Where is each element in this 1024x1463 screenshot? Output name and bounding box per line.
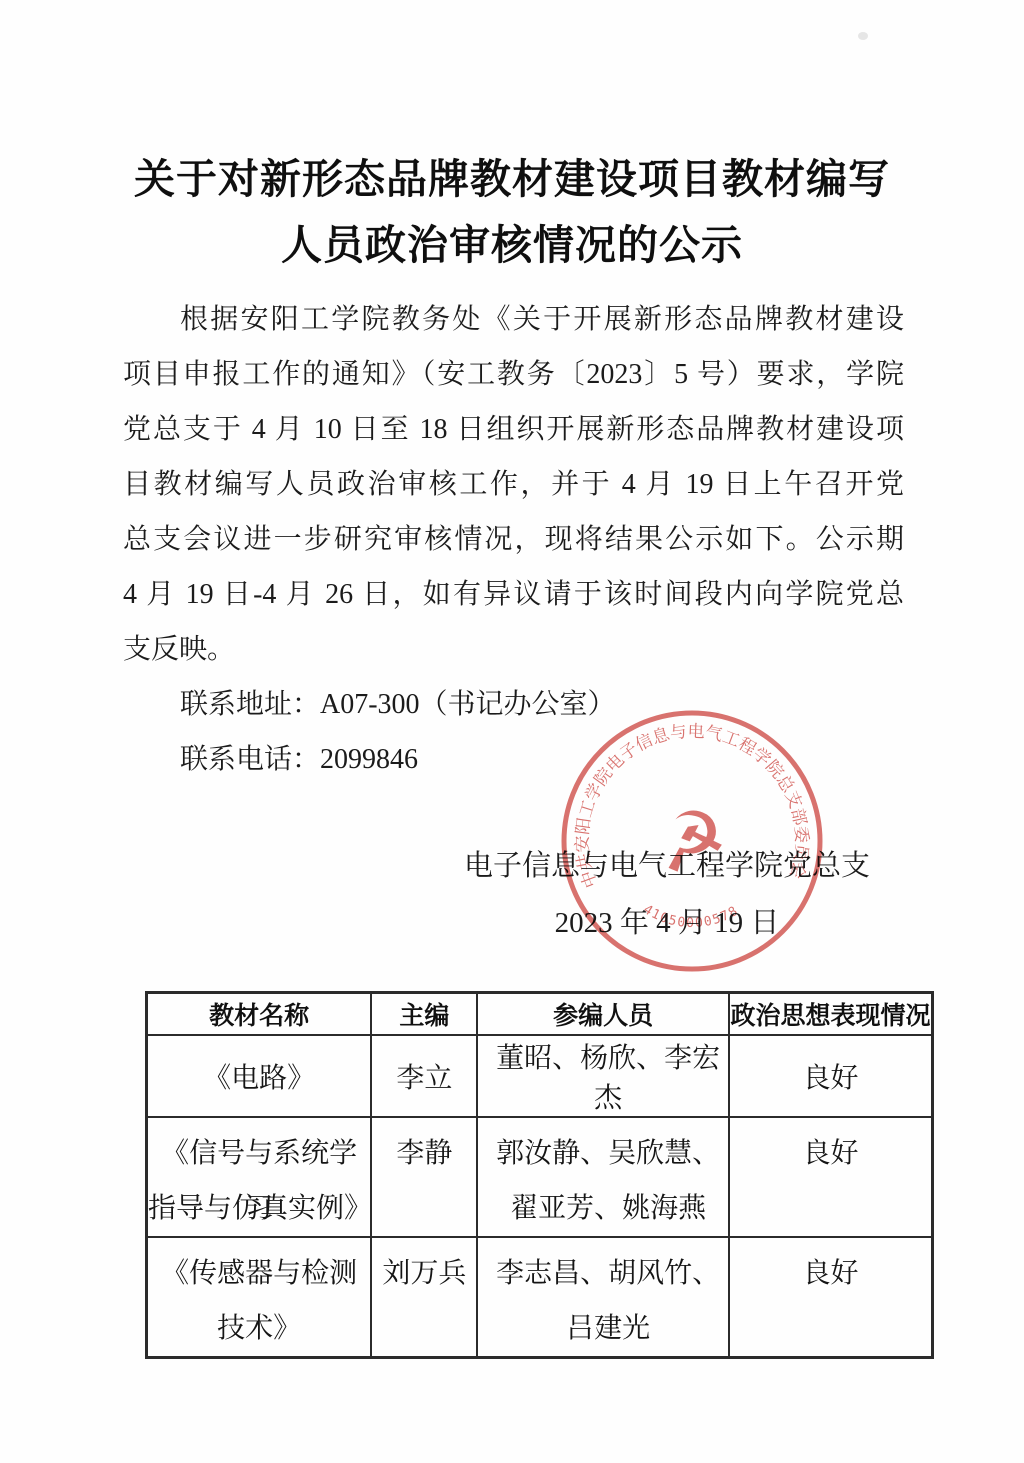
cell-status: 良好 xyxy=(729,1237,933,1358)
cell-textbook-name: 《电路》 xyxy=(147,1035,372,1117)
body-line: 4 月 19 日-4 月 26 日，如有异议请于该时间段内向学院党总 xyxy=(123,567,904,622)
document-page: 关于对新形态品牌教材建设项目教材编写 人员政治审核情况的公示 根据安阳工学院教务… xyxy=(0,0,1024,1463)
contact-address: 联系地址：A07-300（书记办公室） xyxy=(123,677,904,732)
cell-textbook-name: 《信号与系统学习 指导与仿真实例》 xyxy=(147,1117,372,1237)
table-header-row: 教材名称 主编 参编人员 政治思想表现情况 xyxy=(147,993,933,1035)
cell-co-editors: 李志昌、胡风竹、 吕建光 xyxy=(477,1237,729,1358)
cell-co-editors: 董昭、杨欣、李宏杰 xyxy=(477,1035,729,1117)
table-row: 《传感器与检测 技术》 刘万兵 李志昌、胡风竹、 吕建光 良好 xyxy=(147,1237,933,1358)
document-body: 根据安阳工学院教务处《关于开展新形态品牌教材建设 项目申报工作的通知》（安工教务… xyxy=(123,292,904,787)
body-line: 支反映。 xyxy=(123,622,904,677)
header-political-status: 政治思想表现情况 xyxy=(729,993,933,1035)
cell-status: 良好 xyxy=(729,1117,933,1237)
signature-org: 电子信息与电气工程学院党总支 xyxy=(412,838,922,895)
title-line-1: 关于对新形态品牌教材建设项目教材编写 xyxy=(0,146,1024,212)
signature-block: 电子信息与电气工程学院党总支 2023 年 4 月 19 日 xyxy=(412,838,922,952)
contact-phone: 联系电话：2099846 xyxy=(123,732,904,787)
body-line: 党总支于 4 月 10 日至 18 日组织开展新形态品牌教材建设项 xyxy=(123,402,904,457)
body-line: 根据安阳工学院教务处《关于开展新形态品牌教材建设 xyxy=(123,292,904,347)
body-line: 目教材编写人员政治审核工作，并于 4 月 19 日上午召开党 xyxy=(123,457,904,512)
table-row: 《电路》 李立 董昭、杨欣、李宏杰 良好 xyxy=(147,1035,933,1117)
table-row: 《信号与系统学习 指导与仿真实例》 李静 郭汝静、吴欣慧、 翟亚芳、姚海燕 良好 xyxy=(147,1117,933,1237)
cell-co-editors: 郭汝静、吴欣慧、 翟亚芳、姚海燕 xyxy=(477,1117,729,1237)
body-line: 总支会议进一步研究审核情况，现将结果公示如下。公示期 xyxy=(123,512,904,567)
document-title: 关于对新形态品牌教材建设项目教材编写 人员政治审核情况的公示 xyxy=(0,146,1024,278)
cell-textbook-name: 《传感器与检测 技术》 xyxy=(147,1237,372,1358)
body-line: 项目申报工作的通知》（安工教务〔2023〕5 号）要求，学院 xyxy=(123,347,904,402)
header-co-editors: 参编人员 xyxy=(477,993,729,1035)
review-table: 教材名称 主编 参编人员 政治思想表现情况 《电路》 李立 董昭、杨欣、李宏杰 … xyxy=(145,991,934,1359)
cell-chief-editor: 李立 xyxy=(371,1035,477,1117)
title-line-2: 人员政治审核情况的公示 xyxy=(0,212,1024,278)
signature-date: 2023 年 4 月 19 日 xyxy=(412,895,922,952)
header-chief-editor: 主编 xyxy=(371,993,477,1035)
cell-status: 良好 xyxy=(729,1035,933,1117)
header-textbook-name: 教材名称 xyxy=(147,993,372,1035)
cell-chief-editor: 刘万兵 xyxy=(371,1237,477,1358)
scan-artifact xyxy=(858,32,868,40)
cell-chief-editor: 李静 xyxy=(371,1117,477,1237)
